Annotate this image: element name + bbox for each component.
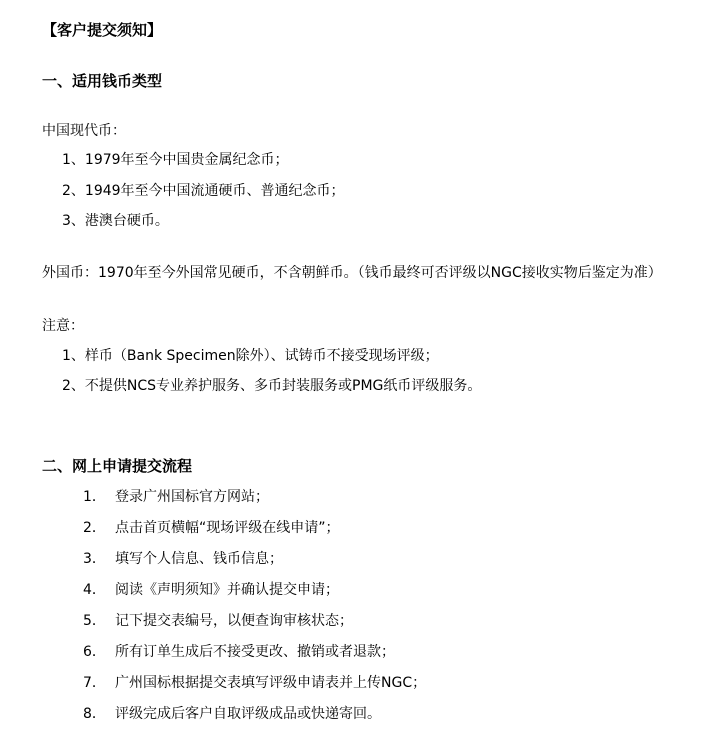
note-label: 注意： bbox=[42, 318, 701, 334]
process-step-8: 8．评级完成后客户自取评级成品或快递寄回。 bbox=[83, 706, 701, 722]
process-step-6: 6．所有订单生成后不接受更改、撤销或者退款； bbox=[83, 644, 701, 660]
modern-coin-item-1: 1、1979年至今中国贵金属纪念币； bbox=[62, 152, 701, 168]
step-text: 所有订单生成后不接受更改、撤销或者退款； bbox=[115, 644, 395, 660]
document-title: 【客户提交须知】 bbox=[42, 22, 701, 38]
process-step-2: 2．点击首页横幅“现场评级在线申请”； bbox=[83, 520, 701, 536]
section2-heading: 二、网上申请提交流程 bbox=[42, 458, 701, 474]
process-step-7: 7．广州国标根据提交表填写评级申请表并上传NGC； bbox=[83, 675, 701, 691]
step-text: 登录广州国标官方网站； bbox=[115, 489, 269, 505]
section1-heading: 一、适用钱币类型 bbox=[42, 73, 701, 89]
process-step-5: 5．记下提交表编号，以便查询审核状态； bbox=[83, 613, 701, 629]
step-number: 4． bbox=[83, 582, 115, 598]
step-number: 3． bbox=[83, 551, 115, 567]
step-text: 广州国标根据提交表填写评级申请表并上传NGC； bbox=[115, 675, 426, 691]
note-item-2: 2、不提供NCS专业养护服务、多币封装服务或PMG纸币评级服务。 bbox=[62, 378, 701, 394]
document-page: 【客户提交须知】 一、适用钱币类型 中国现代币： 1、1979年至今中国贵金属纪… bbox=[0, 0, 701, 753]
step-number: 7． bbox=[83, 675, 115, 691]
modern-coin-item-3: 3、港澳台硬币。 bbox=[62, 213, 701, 229]
note-item-1: 1、样币（Bank Specimen除外）、试铸币不接受现场评级； bbox=[62, 348, 701, 364]
process-step-3: 3．填写个人信息、钱币信息； bbox=[83, 551, 701, 567]
step-text: 填写个人信息、钱币信息； bbox=[115, 551, 283, 567]
step-text: 阅读《声明须知》并确认提交申请； bbox=[115, 582, 339, 598]
modern-coins-label: 中国现代币： bbox=[42, 123, 701, 139]
step-number: 6． bbox=[83, 644, 115, 660]
modern-coin-item-2: 2、1949年至今中国流通硬币、普通纪念币； bbox=[62, 183, 701, 199]
step-number: 8． bbox=[83, 706, 115, 722]
process-step-4: 4．阅读《声明须知》并确认提交申请； bbox=[83, 582, 701, 598]
foreign-coins-paragraph: 外国币：1970年至今外国常见硬币，不含朝鲜币。（钱币最终可否评级以NGC接收实… bbox=[42, 265, 701, 281]
process-step-1: 1．登录广州国标官方网站； bbox=[83, 489, 701, 505]
step-number: 1． bbox=[83, 489, 115, 505]
step-text: 评级完成后客户自取评级成品或快递寄回。 bbox=[115, 706, 381, 722]
step-text: 记下提交表编号，以便查询审核状态； bbox=[115, 613, 353, 629]
step-text: 点击首页横幅“现场评级在线申请”； bbox=[115, 520, 340, 536]
step-number: 5． bbox=[83, 613, 115, 629]
step-number: 2． bbox=[83, 520, 115, 536]
